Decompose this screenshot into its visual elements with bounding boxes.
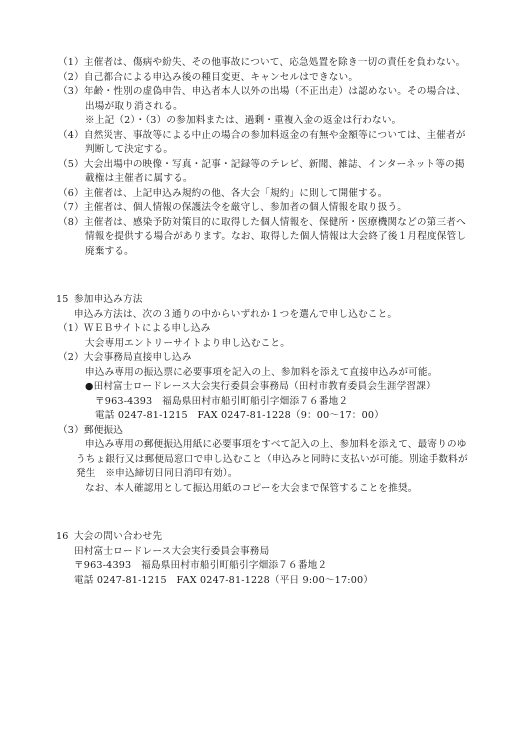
rule-8-cont: 情報を提供する場合があります。なお、取得した個人情報は大会終了後１月程度保管し xyxy=(85,231,466,243)
rule-text: 年齢・性別の虚偽申告、申込者本人以外の出場（不正出走）は認めない。その場合は、 xyxy=(84,86,466,97)
contact-office: 田村富士ロードレース大会実行委員会事務局 xyxy=(74,546,269,558)
method-title: 郵便振込 xyxy=(84,425,123,436)
section-number: 16 xyxy=(56,531,74,543)
rule-number: （5） xyxy=(58,159,84,171)
rule-text: 主催者は、個人情報の保護法令を厳守し、参加者の個人情報を取り扱う。 xyxy=(84,202,407,213)
method-2-heading: （2）大会事務局直接申し込み xyxy=(58,352,192,364)
rule-number: （8） xyxy=(58,217,84,229)
section-15-intro: 申込み方法は、次の３通りの中からいずれか１つを選んで申し込むこと。 xyxy=(74,309,397,321)
rule-number: （1） xyxy=(58,57,84,69)
method-1-heading: （1）ＷＥＢサイトによる申し込み xyxy=(58,323,211,335)
method-title: 大会事務局直接申し込み xyxy=(84,352,192,363)
rule-text: 主催者は、傷病や紛失、その他事故について、応急処置を除き一切の責任を負わない。 xyxy=(84,57,466,68)
rule-text: 主催者は、上記申込み規約の他、各大会「規約」に則して開催する。 xyxy=(84,188,388,199)
rule-3: （3）年齢・性別の虚偽申告、申込者本人以外の出場（不正出走）は認めない。その場合… xyxy=(58,86,466,98)
section-15-heading: 15参加申込み方法 xyxy=(56,294,143,306)
rule-text: 自己都合による申込み後の種目変更、キャンセルはできない。 xyxy=(84,72,358,83)
method-number: （1） xyxy=(58,323,84,335)
method-2-phone: 電話 0247-81-1215 FAX 0247-81-1228（9：00～17… xyxy=(95,410,384,422)
method-2-office: ●田村富士ロードレース大会実行委員会事務局（田村市教育委員会生涯学習課） xyxy=(85,381,436,393)
rule-7: （7）主催者は、個人情報の保護法令を厳守し、参加者の個人情報を取り扱う。 xyxy=(58,202,407,214)
section-title: 大会の問い合わせ先 xyxy=(74,531,162,542)
method-number: （3） xyxy=(58,425,84,437)
method-3-text-2: うちょ銀行又は郵便局窓口で申し込むこと（申込みと同時に支払いが可能。別途手数料が xyxy=(76,454,468,466)
section-number: 15 xyxy=(56,294,74,306)
method-title: ＷＥＢサイトによる申し込み xyxy=(84,323,211,334)
contact-phone: 電話 0247-81-1215 FAX 0247-81-1228（平日 9:00… xyxy=(74,575,373,587)
method-3-heading: （3）郵便振込 xyxy=(58,425,123,437)
contact-address: 〒963-4393 福島県田村市船引町船引字畑添７６番地２ xyxy=(74,560,327,572)
rule-4-cont: 判断して決定する。 xyxy=(85,144,173,156)
rule-number: （3） xyxy=(58,86,84,98)
rule-text: 大会出場中の映像・写真・記事・記録等のテレビ、新聞、雑誌、インターネット等の掲 xyxy=(84,159,465,170)
rule-8-cont2: 廃棄する。 xyxy=(85,246,134,258)
rule-5: （5）大会出場中の映像・写真・記事・記録等のテレビ、新聞、雑誌、インターネット等… xyxy=(58,159,465,171)
document-page: （1）主催者は、傷病や紛失、その他事故について、応急処置を除き一切の責任を負わな… xyxy=(0,0,524,740)
method-3-text-1: 申込み専用の郵便振込用紙に必要事項をすべて記入の上、参加料を添えて、最寄りのゆ xyxy=(85,439,467,451)
method-2-address: 〒963-4393 福島県田村市船引町船引字畑添７６番地２ xyxy=(95,396,348,408)
rule-number: （6） xyxy=(58,188,84,200)
rule-1: （1）主催者は、傷病や紛失、その他事故について、応急処置を除き一切の責任を負わな… xyxy=(58,57,465,69)
rule-text: 自然災害、事故等による中止の場合の参加料返金の有無や金額等については、主催者が xyxy=(84,130,466,141)
rule-2: （2）自己都合による申込み後の種目変更、キャンセルはできない。 xyxy=(58,72,358,84)
method-number: （2） xyxy=(58,352,84,364)
rule-3-cont: 出場が取り消される。 xyxy=(85,101,183,113)
rule-3-note: ※上記（2）・（3）の参加料または、過剰・重複入金の返金は行わない。 xyxy=(85,115,401,127)
method-3-text-3: 発生 ※申込締切日同日消印有効）。 xyxy=(76,468,238,480)
rule-text: 主催者は、感染予防対策目的に取得した個人情報を、保健所・医療機関などの第三者へ xyxy=(84,217,466,228)
section-title: 参加申込み方法 xyxy=(74,294,143,305)
method-3-note: なお、本人確認用として振込用紙のコピーを大会まで保管することを推奨。 xyxy=(85,483,418,495)
method-2-text: 申込み専用の振込票に必要事項を記入の上、参加料を添えて直接申込みが可能。 xyxy=(85,367,438,379)
rule-number: （2） xyxy=(58,72,84,84)
rule-8: （8）主催者は、感染予防対策目的に取得した個人情報を、保健所・医療機関などの第三… xyxy=(58,217,466,229)
section-16-heading: 16大会の問い合わせ先 xyxy=(56,531,162,543)
rule-6: （6）主催者は、上記申込み規約の他、各大会「規約」に則して開催する。 xyxy=(58,188,388,200)
rule-number: （7） xyxy=(58,202,84,214)
rule-4: （4）自然災害、事故等による中止の場合の参加料返金の有無や金額等については、主催… xyxy=(58,130,466,142)
rule-number: （4） xyxy=(58,130,84,142)
rule-5-cont: 載権は主催者に属する。 xyxy=(85,173,193,185)
method-1-text: 大会専用エントリーサイトより申し込むこと。 xyxy=(85,338,290,350)
